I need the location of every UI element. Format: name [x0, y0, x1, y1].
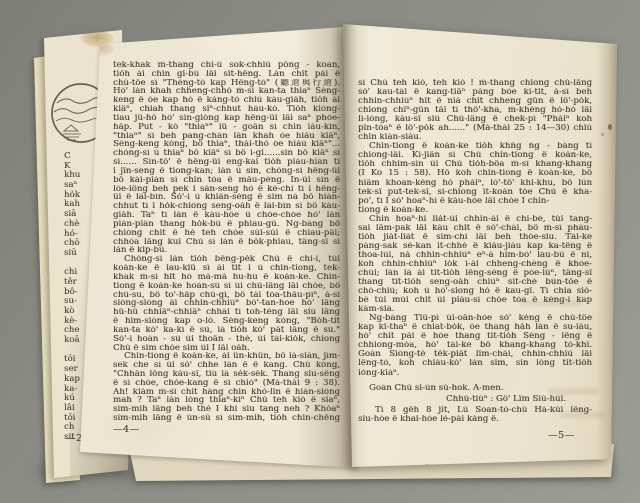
right-page-edge — [596, 38, 617, 462]
text-line: chiong chîⁿ-gûn tâi tī thô'-kha, m̄-khén… — [358, 106, 592, 115]
text-line: tio̍h chhim-sìn ūi Chú tio̍h-bôa m̄-sī k… — [358, 160, 592, 169]
text-line: Chhù-tiúⁿ : Gô' Lîm Siù-hūi. — [358, 395, 592, 404]
text-line: lī-iōng, kàu-sî siū Chú-lâng ê chek-pī "… — [358, 115, 592, 124]
text-line: (I Ko 15 : 58). Hô koh chin-tiong ê koán… — [358, 169, 592, 178]
text-line: só' kau-tāi ê kang-tiâⁿ pàng bōe kì-tit,… — [358, 88, 592, 97]
text-line: pàng-sak sè-kan it-chhè ê kiáu-jiáu kap … — [358, 242, 592, 251]
text-line: Chin hoaⁿ-hí lia̍t-ūi chhin-ài ê chí-bē,… — [358, 215, 592, 224]
text-line: chhiong-móa, hō' tāi-ke bô khang-khang t… — [358, 341, 592, 350]
text-line: kám-siā. — [358, 305, 592, 314]
paper-speck — [425, 464, 430, 468]
text-line: N̂g-bāng Tiû-pī úi-oân-hōe só' kéng ê ch… — [358, 314, 592, 323]
paper-speck — [608, 124, 612, 130]
text-line: Goān Siōng-tè te̍k-pia̍t lîm-chāi, chhin… — [358, 350, 592, 359]
text-line: Chin-tiong ê koán-ke tio̍h khǹg ǹg - bān… — [358, 142, 592, 151]
text-line: Goān Chú si-ūn sù-hok. A-men. — [358, 384, 592, 393]
text-line: chiong-lâi. Kì-jiân sī Chú chin-tiong ê … — [358, 151, 592, 160]
text-line: pō', tī I só' hoaⁿ-hí ê kàu-hōe lâi chòe… — [358, 197, 592, 206]
text-line: lêng-tō, koh chiàu-kò' lán sim, sin lóng… — [358, 359, 592, 368]
text-line: tio̍h jia̍t-lia̍t ê sim-chì lâi beh thòe… — [358, 233, 592, 242]
text-line: bē tùi múi chit ūi piáu-sī chòe tōa ê kè… — [358, 296, 592, 305]
right-page: sī Chú teh kiò, teh kiò ! m̄-thang chion… — [0, 0, 640, 503]
text-line: kap kî-thaⁿ ê chiat-bo̍k, ōe thang ha̍h … — [358, 323, 592, 332]
right-page-text: sī Chú teh kiò, teh kiò ! m̄-thang chion… — [358, 79, 592, 424]
text-line: koh chhin-chhiūⁿ lo̍k ì-ài chheng-chēng … — [358, 260, 592, 269]
text-line: siu-hōe ê khai-hōe lé-pài káng ê. — [358, 415, 592, 424]
right-page-number: —5— — [548, 430, 575, 441]
text-line: ióng-kiāⁿ. — [358, 369, 592, 378]
text-line: Tī 8 ge̍h 8 jit, Lú Soan-tō-chù Hā-kùi l… — [358, 406, 592, 415]
text-line: thang tit-tio̍h seng-oa̍h chiūⁿ sit-chè … — [358, 278, 592, 287]
text-line: hiâm khoan-kéng hó pháiⁿ, lō'-tô' khi-kh… — [358, 179, 592, 188]
text-line: hō' chit pái ê hōe thang tit-tio̍h Sèng … — [358, 332, 592, 341]
text-line: sī Chú teh kiò, teh kiò ! m̄-thang chion… — [358, 79, 592, 88]
text-line: chúi; lán iā ài tit-tio̍h lêng-sèng ê pō… — [358, 269, 592, 278]
text-line: sai lâm-pak lâi kàu chit ê só'-chāi, bô … — [358, 224, 592, 233]
text-line: chhin-chhiūⁿ hit ê niá chit chheng gûn ê… — [358, 97, 592, 106]
text-line: pîn-tōaⁿ ê lô'-po̍k ah......" (Má-thài 2… — [358, 124, 592, 133]
text-line: tek-sî put-tek-sî, sí-chiong it-koàn tòe… — [358, 188, 592, 197]
text-line: chin kiàn-siàu. — [358, 133, 592, 142]
book-photograph: CKkhusaⁿho̍kkahsiāchèhó-chōsiūchitêrbô-s… — [0, 0, 640, 503]
text-line: tiong ê koán-ke. — [358, 206, 592, 215]
text-line: thoa-lūi, ná chhin-chhiūⁿ eⁿ-á him-bō' l… — [358, 251, 592, 260]
paper-speck — [601, 133, 604, 136]
text-line: chō-chiū; koh ū hō'-siong hó ê kau-gî. T… — [358, 287, 592, 296]
